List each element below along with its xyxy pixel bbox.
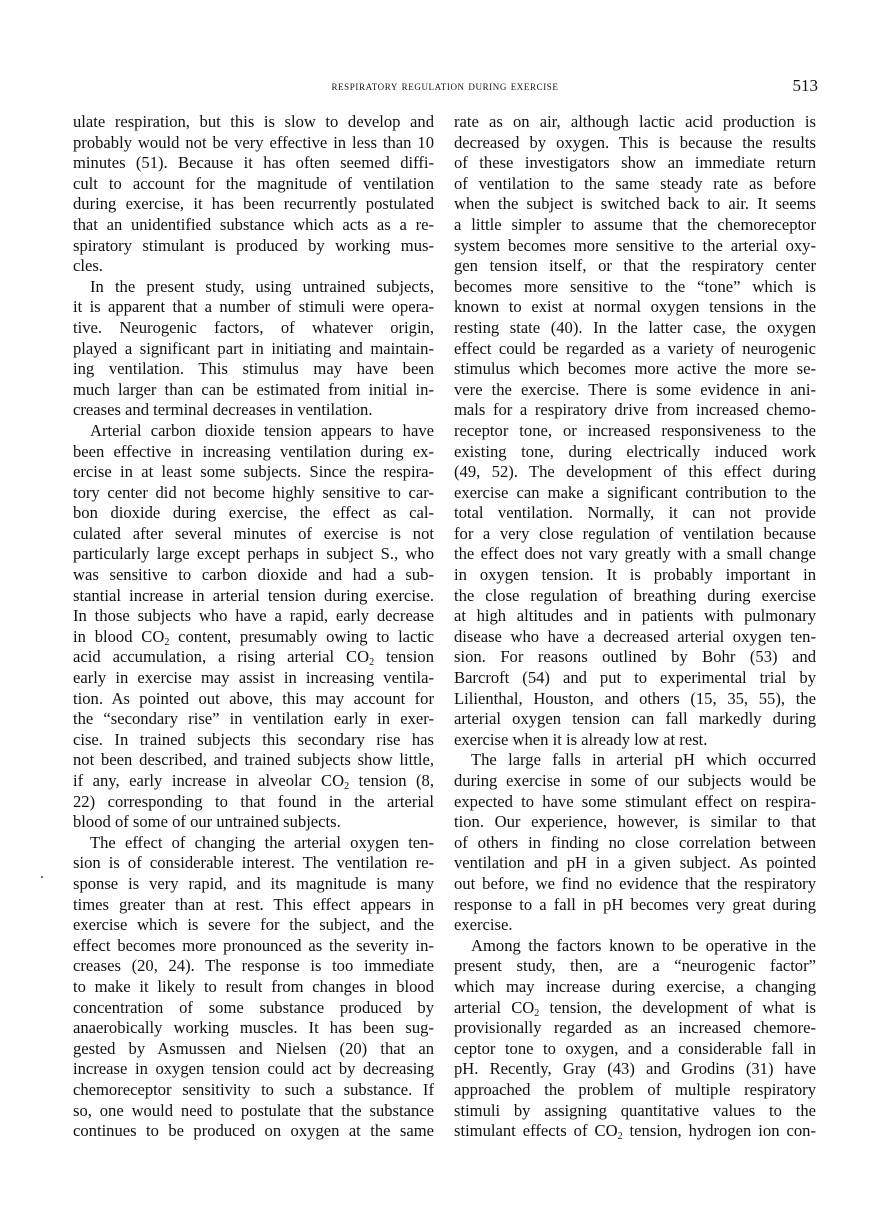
text-line: of these investigators show an immediate…: [454, 153, 816, 174]
text-line: known to exist at normal oxygen tensions…: [454, 297, 816, 318]
text-line: acid accumulation, a rising arterial CO2…: [73, 647, 434, 668]
text-line: bon dioxide during exercise, the effect …: [73, 503, 434, 524]
text-line: probably would not be very effective in …: [73, 133, 434, 154]
text-line: so, one would need to postulate that the…: [73, 1101, 434, 1122]
text-line: ulate respiration, but this is slow to d…: [73, 112, 434, 133]
text-line: gen tension itself, or that the respirat…: [454, 256, 816, 277]
text-line: disease who have a decreased arterial ox…: [454, 627, 816, 648]
right-column: rate as on air, although lactic acid pro…: [454, 112, 816, 1142]
text-line: continues to be produced on oxygen at th…: [73, 1121, 434, 1142]
text-line: Barcroft (54) and put to experimental tr…: [454, 668, 816, 689]
text-line: Lilienthal, Houston, and others (15, 35,…: [454, 689, 816, 710]
text-line: ventilation and pH in a given subject. A…: [454, 853, 816, 874]
text-line: the effect does not vary greatly with a …: [454, 544, 816, 565]
text-line: Arterial carbon dioxide tension appears …: [73, 421, 434, 442]
text-line: ceptor tone to oxygen, and a considerabl…: [454, 1039, 816, 1060]
text-line: stantial increase in arterial tension du…: [73, 586, 434, 607]
text-line: to make it likely to result from changes…: [73, 977, 434, 998]
text-line: that an unidentified substance which act…: [73, 215, 434, 236]
text-line: sponse is very rapid, and its magnitude …: [73, 874, 434, 895]
text-line: rate as on air, although lactic acid pro…: [454, 112, 816, 133]
text-line: exercise which is severe for the subject…: [73, 915, 434, 936]
text-line: a little simpler to assume that the chem…: [454, 215, 816, 236]
text-line: total ventilation. Normally, it can not …: [454, 503, 816, 524]
text-line: minutes (51). Because it has often seeme…: [73, 153, 434, 174]
text-line: tion. Our experience, however, is simila…: [454, 812, 816, 833]
text-line: In those subjects who have a rapid, earl…: [73, 606, 434, 627]
text-line: in oxygen tension. It is probably import…: [454, 565, 816, 586]
text-line: sion. For reasons outlined by Bohr (53) …: [454, 647, 816, 668]
text-line: stimulant effects of CO2 tension, hydrog…: [454, 1121, 816, 1142]
text-line: expected to have some stimulant effect o…: [454, 792, 816, 813]
text-line: mals for a respiratory drive from increa…: [454, 400, 816, 421]
text-line: cult to account for the magnitude of ven…: [73, 174, 434, 195]
text-line: gested by Asmussen and Nielsen (20) that…: [73, 1039, 434, 1060]
text-line: arterial CO2 tension, the development of…: [454, 998, 816, 1019]
text-line: stimuli by assigning quantitative values…: [454, 1101, 816, 1122]
running-title: RESPIRATORY REGULATION DURING EXERCISE: [285, 79, 605, 94]
text-line: if any, early increase in alveolar CO2 t…: [73, 771, 434, 792]
text-line: 22) corresponding to that found in the a…: [73, 792, 434, 813]
text-line: during exercise in some of our subjects …: [454, 771, 816, 792]
text-line: much larger than can be estimated from i…: [73, 380, 434, 401]
text-line: spiratory stimulant is produced by worki…: [73, 236, 434, 257]
text-line: ercise in at least some subjects. Since …: [73, 462, 434, 483]
text-line: anaerobically working muscles. It has be…: [73, 1018, 434, 1039]
text-line: arterial oxygen tension can fall markedl…: [454, 709, 816, 730]
text-line: creases and terminal decreases in ventil…: [73, 400, 434, 421]
text-line: of others in finding no close correlatio…: [454, 833, 816, 854]
text-line: at high altitudes and in patients with p…: [454, 606, 816, 627]
text-line: the close regulation of breathing during…: [454, 586, 816, 607]
text-line: tory center did not become highly sensit…: [73, 483, 434, 504]
text-line: stimulus which becomes more active the m…: [454, 359, 816, 380]
text-line: cise. In trained subjects this secondary…: [73, 730, 434, 751]
text-line: effect becomes more pronounced as the se…: [73, 936, 434, 957]
text-line: present study, then, are a “neurogenic f…: [454, 956, 816, 977]
text-line: exercise when it is already low at rest.: [454, 730, 816, 751]
text-line: effect could be regarded as a variety of…: [454, 339, 816, 360]
text-line: out before, we find no evidence that the…: [454, 874, 816, 895]
text-line: ing ventilation. This stimulus may have …: [73, 359, 434, 380]
text-line: tive. Neurogenic factors, of whatever or…: [73, 318, 434, 339]
scan-speck: [41, 876, 43, 878]
text-line: existing tone, during electrically induc…: [454, 442, 816, 463]
text-line: Among the factors known to be operative …: [454, 936, 816, 957]
text-line: not been described, and trained subjects…: [73, 750, 434, 771]
running-head: RESPIRATORY REGULATION DURING EXERCISE 5…: [0, 76, 880, 96]
text-line: receptor tone, or increased responsivene…: [454, 421, 816, 442]
text-line: provisionally regarded as an increased c…: [454, 1018, 816, 1039]
text-line: approached the problem of multiple respi…: [454, 1080, 816, 1101]
text-line: when the subject is switched back to air…: [454, 194, 816, 215]
text-line: been effective in increasing ventilation…: [73, 442, 434, 463]
text-line: becomes more sensitive to the “tone” whi…: [454, 277, 816, 298]
text-line: cles.: [73, 256, 434, 277]
text-line: The large falls in arterial pH which occ…: [454, 750, 816, 771]
text-line: In the present study, using untrained su…: [73, 277, 434, 298]
text-line: exercise.: [454, 915, 816, 936]
text-line: the “secondary rise” in ventilation earl…: [73, 709, 434, 730]
text-line: exercise can make a significant contribu…: [454, 483, 816, 504]
text-line: which may increase during exercise, a ch…: [454, 977, 816, 998]
text-line: times greater than at rest. This effect …: [73, 895, 434, 916]
text-line: (49, 52). The development of this effect…: [454, 462, 816, 483]
text-line: creases (20, 24). The response is too im…: [73, 956, 434, 977]
text-line: concentration of some substance produced…: [73, 998, 434, 1019]
text-line: particularly large except perhaps in sub…: [73, 544, 434, 565]
text-line: increase in oxygen tension could act by …: [73, 1059, 434, 1080]
text-line: chemoreceptor sensitivity to such a subs…: [73, 1080, 434, 1101]
text-line: for a very close regulation of ventilati…: [454, 524, 816, 545]
text-line: system becomes more sensitive to the art…: [454, 236, 816, 257]
text-line: it is apparent that a number of stimuli …: [73, 297, 434, 318]
text-line: The effect of changing the arterial oxyg…: [73, 833, 434, 854]
text-line: culated after several minutes of exercis…: [73, 524, 434, 545]
text-line: vere the exercise. There is some evidenc…: [454, 380, 816, 401]
page-number: 513: [788, 76, 818, 96]
text-line: tion. As pointed out above, this may acc…: [73, 689, 434, 710]
text-line: was sensitive to carbon dioxide and had …: [73, 565, 434, 586]
text-line: of ventilation to the same steady rate a…: [454, 174, 816, 195]
text-line: pH. Recently, Gray (43) and Grodins (31)…: [454, 1059, 816, 1080]
text-line: decreased by oxygen. This is because the…: [454, 133, 816, 154]
text-line: blood of some of our untrained subjects.: [73, 812, 434, 833]
left-column: ulate respiration, but this is slow to d…: [73, 112, 434, 1142]
text-line: resting state (40). In the latter case, …: [454, 318, 816, 339]
text-line: in blood CO2 content, presumably owing t…: [73, 627, 434, 648]
text-line: response to a fall in pH becomes very gr…: [454, 895, 816, 916]
text-line: played a significant part in initiating …: [73, 339, 434, 360]
text-line: during exercise, it has been recurrently…: [73, 194, 434, 215]
text-line: early in exercise may assist in increasi…: [73, 668, 434, 689]
text-line: sion is of considerable interest. The ve…: [73, 853, 434, 874]
